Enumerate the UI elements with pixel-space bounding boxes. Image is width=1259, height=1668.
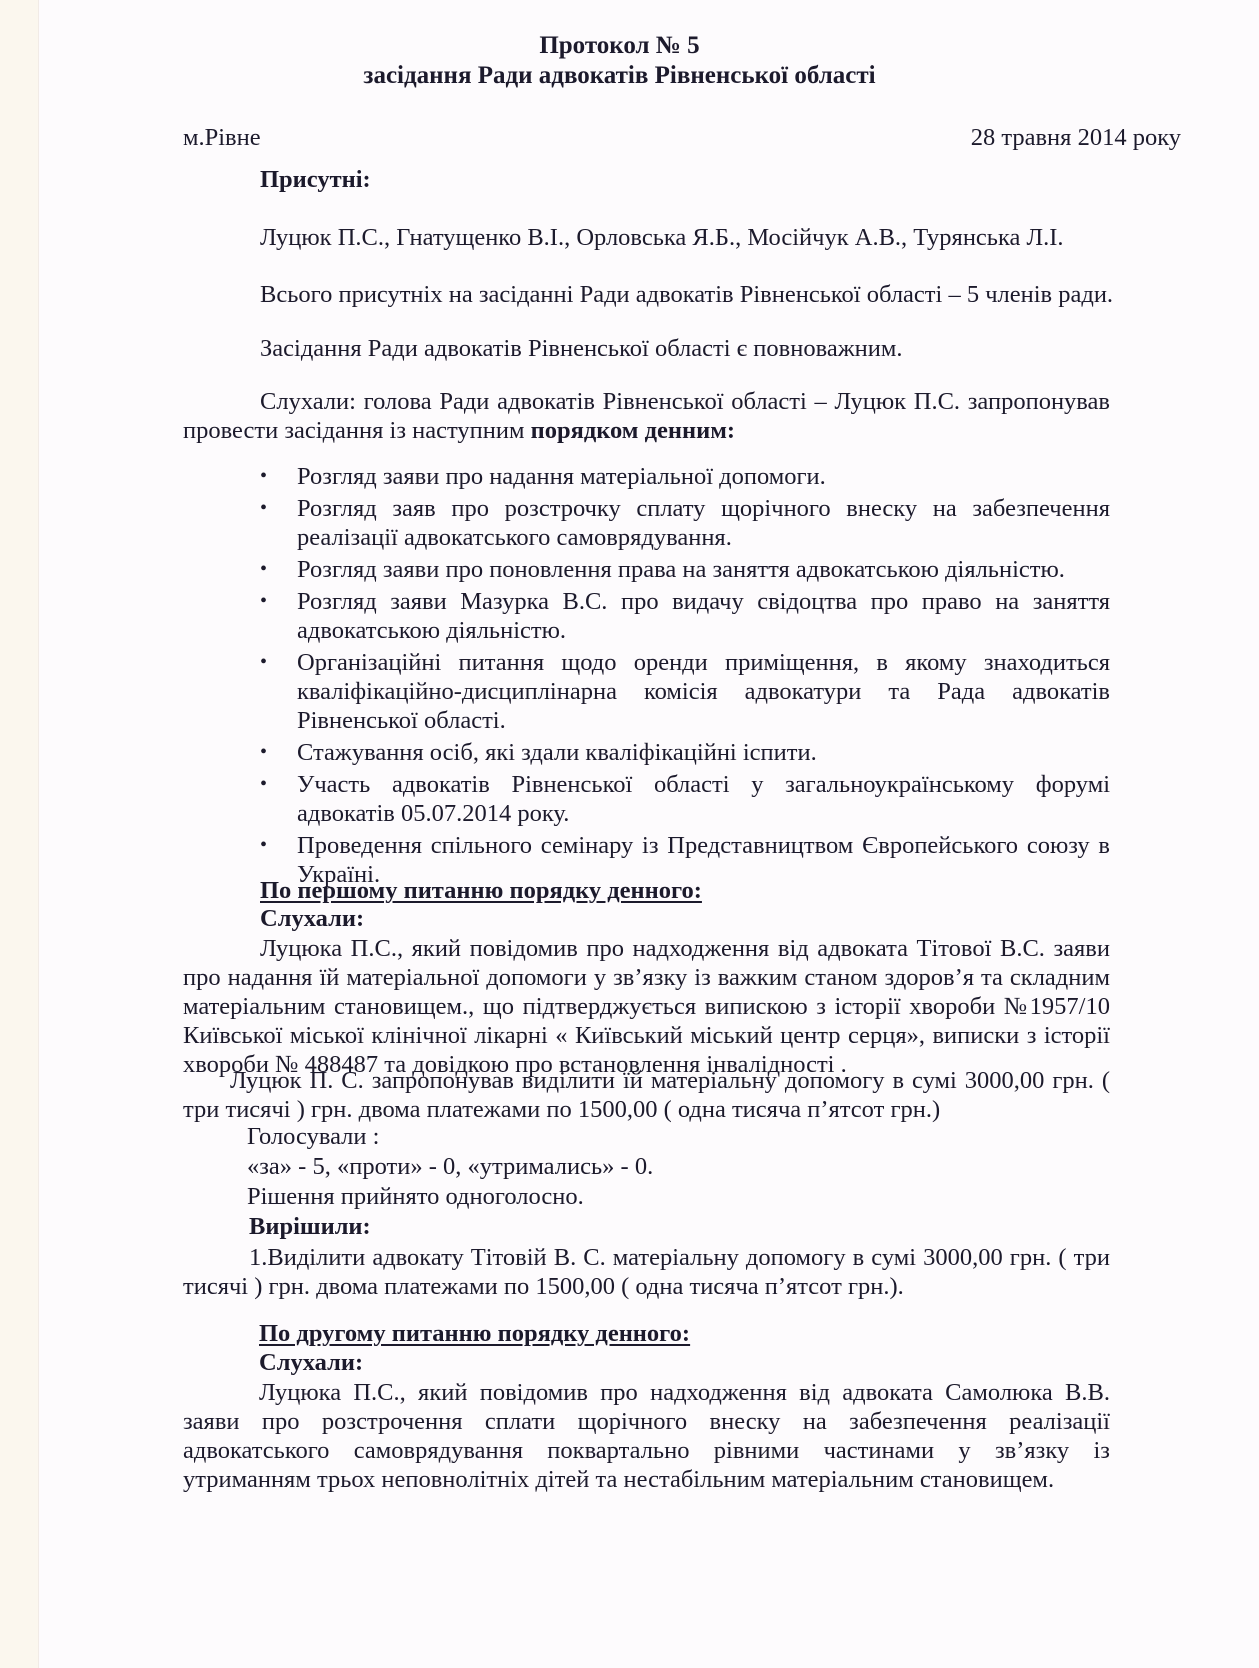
q1-heading: По першому питанню порядку денного: <box>260 877 702 905</box>
bullet-icon: • <box>260 587 267 616</box>
q1-vote-result: «за» - 5, «проти» - 0, «утримались» - 0. <box>247 1153 653 1181</box>
q1-decision-status: Рішення прийнято одноголосно. <box>247 1183 584 1211</box>
q1-heard-text: Луцюка П.С., який повідомив про надходже… <box>183 934 1110 1079</box>
agenda-item: •Розгляд заяви Мазурка В.С. про видачу с… <box>260 587 1110 645</box>
present-members: Луцюк П.С., Гнатущенко В.І., Орловська Я… <box>260 224 1064 252</box>
agenda-item: •Стажування осіб, які здали кваліфікацій… <box>260 738 1110 767</box>
agenda-item: •Організаційні питання щодо оренди примі… <box>260 648 1110 735</box>
q2-heading: По другому питанню порядку денного: <box>259 1320 690 1348</box>
agenda-intro-bold: порядком денним: <box>531 417 736 444</box>
agenda-item: •Розгляд заяви про надання матеріальної … <box>260 462 1110 491</box>
q1-decided-label: Вирішили: <box>249 1213 371 1241</box>
bullet-icon: • <box>260 770 267 799</box>
bullet-icon: • <box>260 555 267 584</box>
present-label: Присутні: <box>260 166 371 194</box>
document-title: Протокол № 5 <box>0 32 1259 60</box>
meeting-city: м.Рівне <box>183 124 261 152</box>
agenda-item: •Розгляд заяв про розстрочку сплату щорі… <box>260 494 1110 552</box>
q1-voted-label: Голосували : <box>247 1123 379 1151</box>
agenda-item: •Участь адвокатів Рівненської області у … <box>260 770 1110 828</box>
bullet-icon: • <box>260 462 267 491</box>
bullet-icon: • <box>260 738 267 767</box>
q1-heard-label: Слухали: <box>260 905 364 933</box>
q1-proposal: Луцюк П. С. запропонував виділити їй мат… <box>183 1066 1110 1124</box>
bullet-icon: • <box>260 831 267 860</box>
document-subtitle: засідання Ради адвокатів Рівненської обл… <box>0 62 1259 90</box>
agenda-list: •Розгляд заяви про надання матеріальної … <box>260 462 1110 892</box>
meeting-date: 28 травня 2014 року <box>971 124 1181 152</box>
quorum-statement: Засідання Ради адвокатів Рівненської обл… <box>260 335 903 363</box>
agenda-item: •Розгляд заяви про поновлення права на з… <box>260 555 1110 584</box>
q2-heard-text: Луцюка П.С., який повідомив про надходже… <box>183 1378 1110 1494</box>
q1-decision: 1.Виділити адвокату Тітовій В. С. матері… <box>183 1243 1110 1301</box>
document-page: Протокол № 5 засідання Ради адвокатів Рі… <box>0 0 1259 1668</box>
total-present: Всього присутніх на засіданні Ради адвок… <box>260 281 1113 309</box>
bullet-icon: • <box>260 494 267 523</box>
bullet-icon: • <box>260 648 267 677</box>
q2-heard-label: Слухали: <box>259 1349 363 1377</box>
agenda-intro: Слухали: голова Ради адвокатів Рівненськ… <box>183 387 1110 445</box>
